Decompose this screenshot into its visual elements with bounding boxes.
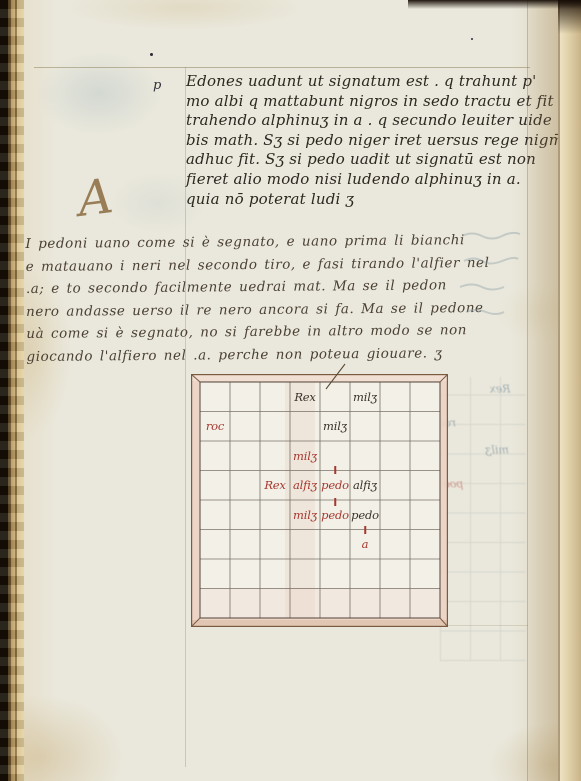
ink-speck — [150, 53, 153, 56]
board-piece-milʒ: milʒ — [353, 390, 377, 404]
ruling-line-top — [34, 67, 530, 68]
chess-board-diagram: RexmilʒrocmilʒmilʒRexalfiʒpedoalfiʒmilʒp… — [191, 374, 448, 627]
ink-speck — [471, 38, 473, 40]
latin-line: bis math. Sʒ si pedo niger iret uersus r… — [186, 131, 534, 151]
latin-line: fieret alio modo nisi ludendo alphinuʒ i… — [186, 170, 534, 190]
book-fore-edge-pages — [0, 0, 24, 781]
board-frame-and-grid — [191, 374, 448, 627]
bleedthrough-word: Rex — [490, 383, 511, 396]
latin-line: quia nō poterat ludi ʒ — [186, 190, 534, 210]
board-piece-Rex: Rex — [264, 478, 285, 492]
board-piece-pedo: pedo — [321, 478, 349, 492]
binding-shadow-top — [408, 0, 581, 9]
board-piece-milʒ: milʒ — [293, 449, 317, 463]
board-piece-milʒ: milʒ — [293, 508, 317, 522]
latin-line: trahendo alphinuʒ in a . q secundo leuit… — [186, 111, 534, 131]
next-page-edge — [558, 0, 581, 781]
board-piece-a: a — [362, 537, 369, 551]
board-piece-pedo: pedo — [321, 508, 349, 522]
board-piece-roc: roc — [206, 419, 224, 433]
margin-letter: p — [153, 78, 161, 93]
page-curvature-shading — [528, 0, 558, 781]
bleedthrough-word: milʒ — [485, 444, 509, 457]
manuscript-photo: p Edones uadunt ut signatum est . q trah… — [0, 0, 581, 781]
latin-line: mo albi q mattabunt nigros in sedo tract… — [186, 92, 534, 112]
latin-line: adhuc fit. Sʒ si pedo uadit ut signatū e… — [186, 150, 534, 170]
move-indicator-dash — [334, 498, 336, 506]
board-piece-pedo: pedo — [351, 508, 379, 522]
move-indicator-dash — [334, 466, 336, 474]
latin-text-block: Edones uadunt ut signatum est . q trahun… — [186, 72, 534, 209]
italian-text-block: I pedoni uano come si è segnato, e uano … — [25, 229, 486, 369]
manuscript-page: p Edones uadunt ut signatum est . q trah… — [24, 0, 558, 781]
board-piece-Rex: Rex — [294, 390, 315, 404]
board-piece-milʒ: milʒ — [323, 419, 347, 433]
latin-line: Edones uadunt ut signatum est . q trahun… — [186, 72, 534, 92]
board-piece-alfiʒ: alfiʒ — [293, 478, 317, 492]
italian-line: giocando l'alfiero nel .a. perche non po… — [26, 342, 486, 369]
decorative-initial-A: A — [75, 168, 116, 228]
board-piece-alfiʒ: alfiʒ — [353, 478, 377, 492]
move-indicator-dash — [364, 526, 366, 534]
